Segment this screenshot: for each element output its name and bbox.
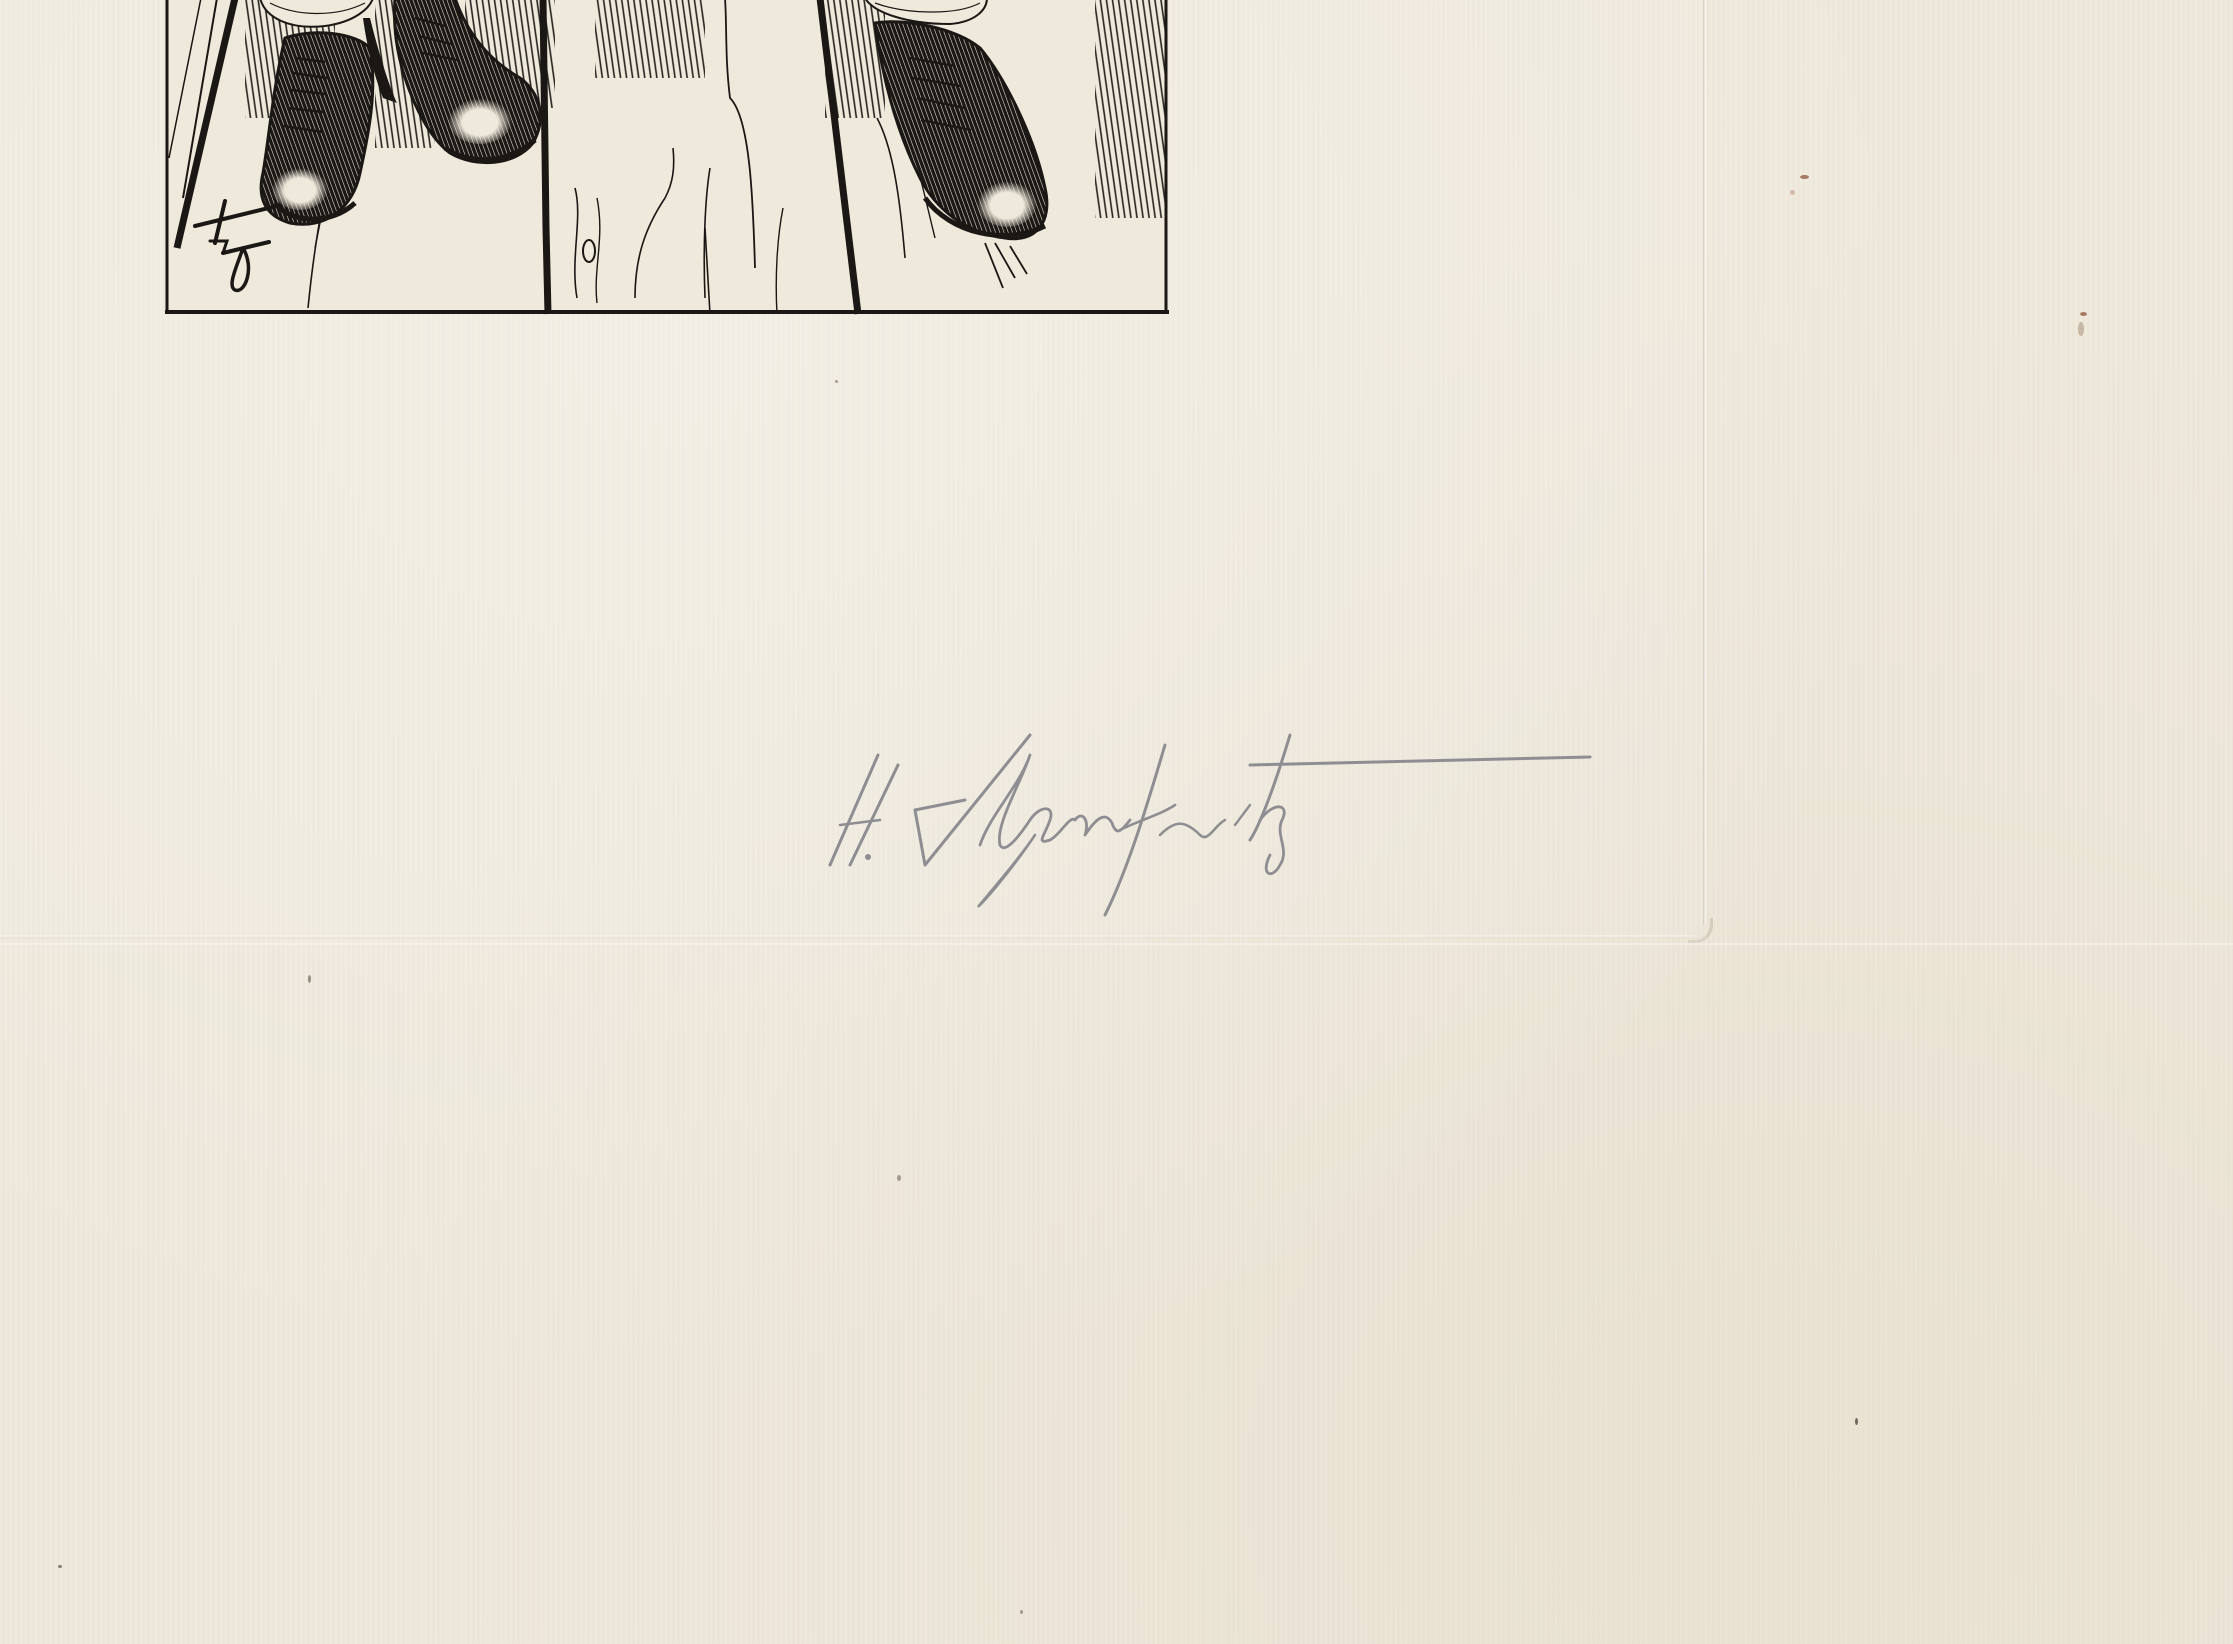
foxing-speck	[2080, 312, 2087, 316]
dirt-speck	[1855, 1418, 1858, 1425]
plate-mark-horizontal	[0, 935, 1695, 939]
paper-sheet: H. Ilgenfritz	[0, 0, 2233, 1644]
dirt-speck	[835, 380, 838, 383]
plate-mark-vertical	[1703, 0, 1707, 925]
foxing-speck	[2078, 322, 2084, 336]
dirt-speck	[1020, 1610, 1023, 1614]
foxing-speck	[1790, 190, 1795, 195]
pencil-signature	[820, 725, 1620, 925]
plate-mark-corner	[1688, 918, 1713, 943]
paper-fold-line	[0, 943, 2233, 945]
engraving-image	[165, 0, 1169, 316]
foxing-speck	[1800, 175, 1809, 179]
dirt-speck	[308, 975, 311, 983]
dirt-speck	[897, 1175, 901, 1181]
dirt-speck	[58, 1565, 62, 1568]
